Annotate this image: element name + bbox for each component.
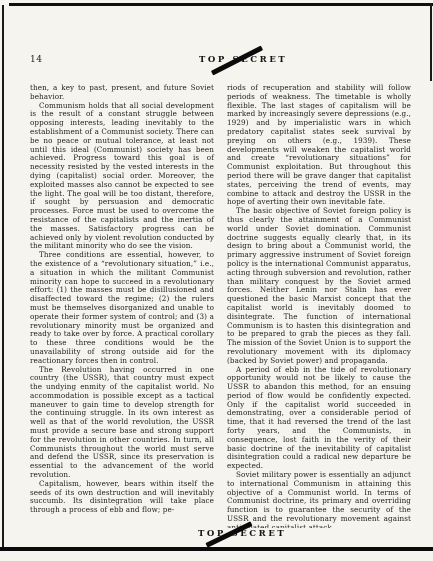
paragraph: then, a key to past, present, and future… bbox=[30, 84, 214, 102]
paragraph: Communism holds that all social developm… bbox=[30, 102, 214, 252]
paragraph: Capitalism, however, bears within itself… bbox=[30, 480, 214, 515]
right-column: riods of recuperation and stability will… bbox=[227, 84, 411, 528]
paragraph: riods of recuperation and stability will… bbox=[227, 84, 411, 207]
left-column: then, a key to past, present, and future… bbox=[30, 84, 214, 528]
scan-edge-left bbox=[2, 5, 4, 550]
top-secret-stamp-footer: TOP SECRET bbox=[198, 529, 286, 539]
paragraph: The Revolution having occurred in one co… bbox=[30, 366, 214, 480]
scan-edge-bottom bbox=[0, 547, 433, 551]
paragraph: Three conditions are essential, however,… bbox=[30, 251, 214, 365]
paragraph: A period of ebb in the tide of revolutio… bbox=[227, 366, 411, 472]
top-secret-stamp-header: TOP SECRET bbox=[199, 55, 287, 65]
paragraph: The basic objective of Soviet foreign po… bbox=[227, 207, 411, 365]
page-number: 14 bbox=[30, 55, 42, 65]
document-body: then, a key to past, present, and future… bbox=[30, 84, 411, 528]
paragraph: Soviet military power is essentially an … bbox=[227, 471, 411, 528]
scan-edge-top bbox=[9, 3, 433, 6]
scanned-document-page: 14 TOP SECRET then, a key to past, prese… bbox=[0, 0, 433, 561]
scan-edge-right bbox=[430, 3, 432, 81]
